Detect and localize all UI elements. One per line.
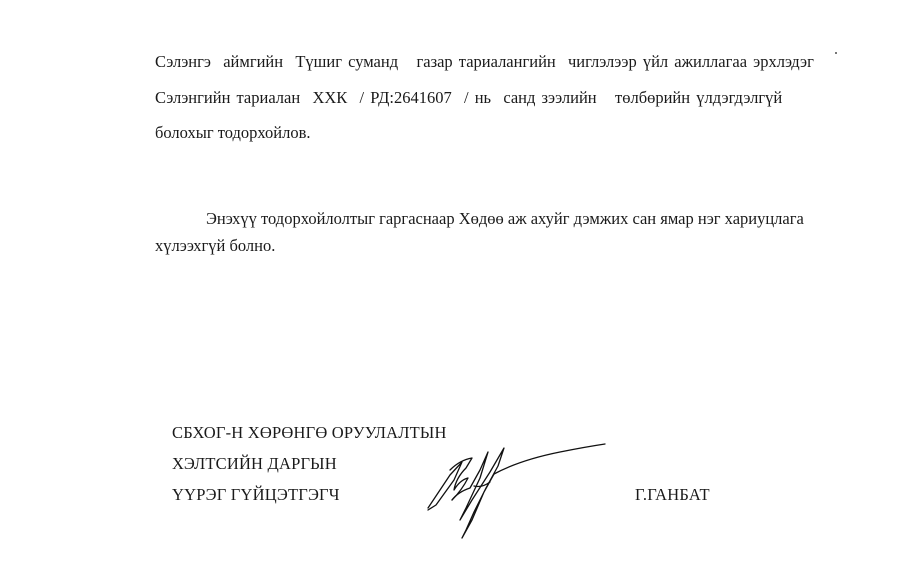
paragraph1-line3: болохыг тодорхойлов. xyxy=(155,123,311,143)
signatory-title-line2: ХЭЛТСИЙН ДАРГЫН xyxy=(172,454,337,474)
scan-speck xyxy=(835,52,837,54)
signatory-title-line1: СБХОГ-Н ХӨРӨНГӨ ОРУУЛАЛТЫН xyxy=(172,423,447,443)
paragraph2-line2: хүлээхгүй болно. xyxy=(155,236,275,256)
paragraph1-line2: Сэлэнгийн тариалан ХХК / РД:2641607 / нь… xyxy=(155,88,782,108)
signatory-name: Г.ГАНБАТ xyxy=(635,485,710,505)
paragraph2-line1: Энэхүү тодорхойлолтыг гаргаснаар Хөдөө а… xyxy=(206,209,804,229)
signatory-title-line3: ҮҮРЭГ ГҮЙЦЭТГЭГЧ xyxy=(172,485,340,505)
handwritten-signature-icon xyxy=(410,430,630,550)
paragraph1-line1: Сэлэнгэ аймгийн Түшиг суманд газар тариа… xyxy=(155,52,814,72)
